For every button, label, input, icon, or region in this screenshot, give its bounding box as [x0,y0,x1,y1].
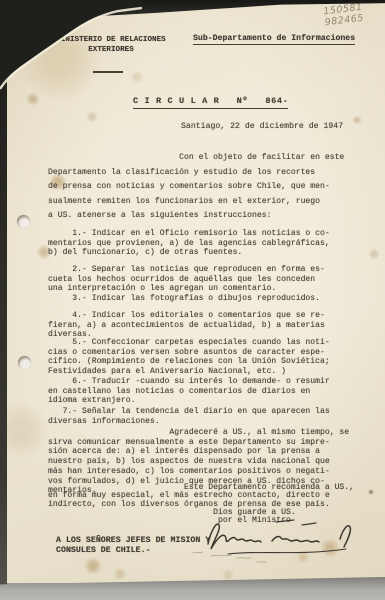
handwritten-signature [198,516,358,558]
paragraph-item-2: 2.- Separar las noticias que reproducen … [48,265,325,294]
punch-hole-bottom [18,356,31,369]
paragraph-intro: Con el objeto de facilitar en este Depar… [48,151,344,224]
paragraph-item-1: 1.- Indicar en el Oficio remisorio las n… [48,229,330,258]
sub-department-heading: Sub-Departamento de Informaciones [193,34,355,45]
dateline: Santiago, 22 de diciembre de 1947 [181,122,343,131]
paragraph-item-7: 7.- Señalar la tendencia del diario en q… [48,407,330,426]
paragraph-item-4: 4.- Indicar los editoriales o comentario… [48,311,325,340]
paragraph-item-6: 6.- Traducir -cuando su interés lo deman… [48,377,330,406]
paragraph-item-3: 3.- Indicar las fotografías o dibujos re… [48,294,320,304]
circular-title: C I R C U L A R Nº 864- [133,96,288,109]
punch-hole-top [17,215,30,228]
torn-corner [0,0,142,100]
paragraph-item-5: 5.- Confeccionar carpetas especiales cua… [48,338,330,376]
scanned-document-page: { "scan": { "pencil_catalog_numbers": "1… [0,0,385,600]
